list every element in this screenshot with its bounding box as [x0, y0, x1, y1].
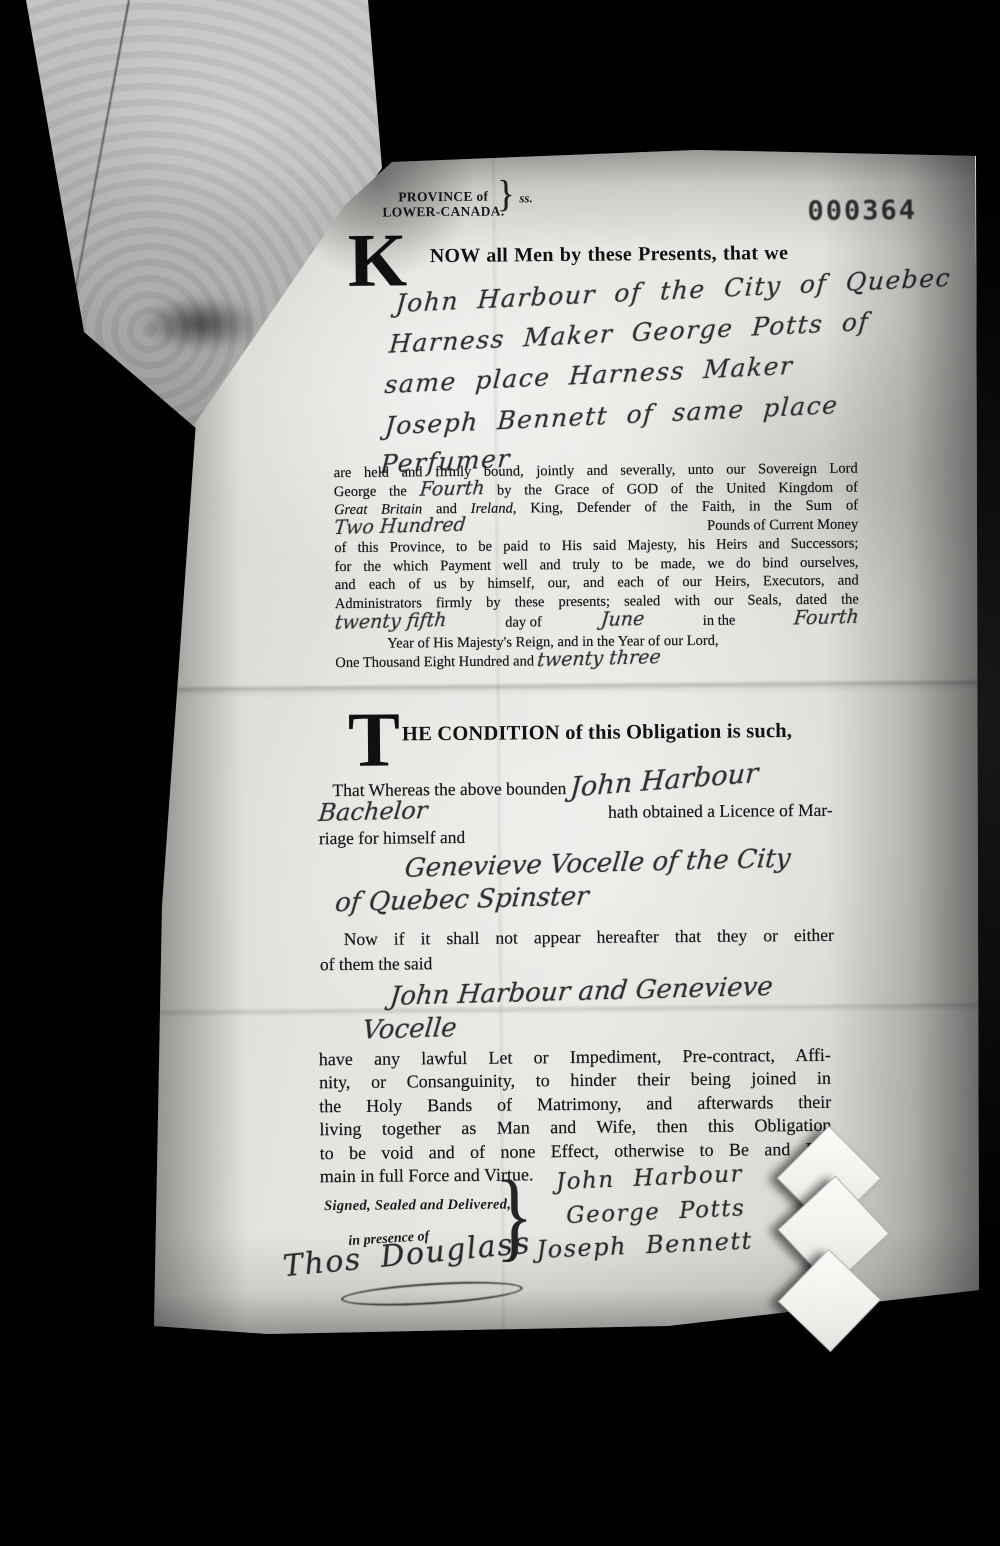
bond-paragraph: are held and firmly bound, jointly and s…: [334, 459, 860, 674]
printed-text: to be void and of none Effect, otherwise…: [320, 1138, 832, 1162]
printed-text: Now if it shall not appear hereafter tha…: [344, 925, 834, 949]
handwritten-text: Genevieve Vocelle of the City: [404, 849, 792, 879]
printed-text: have any lawful Let or Impediment, Pre-c…: [319, 1045, 831, 1069]
printed-text: by the Grace of GOD of the United Kingdo…: [484, 479, 858, 498]
printed-text: nity, or Consanguinity, to hinder their …: [319, 1068, 831, 1092]
text-line: to be void and of none Effect, otherwise…: [320, 1137, 832, 1165]
paper-fold-crease: [47, 0, 130, 435]
printed-text: That Whereas the above bounden: [332, 778, 570, 800]
obligors-handwritten-block: John Harbour of the City of QuebecHarnes…: [379, 271, 891, 480]
printed-text: day of: [505, 612, 542, 633]
printed-text: riage for himself and: [319, 827, 465, 848]
handwritten-text: twenty three: [537, 651, 662, 666]
text-line: Genevieve Vocelle of the City: [319, 846, 833, 886]
signature-flourish: [340, 1278, 523, 1310]
printed-text: One Thousand Eight Hundred and: [335, 654, 537, 672]
text-line: of Quebec Spinster: [319, 882, 833, 920]
printed-text: living together as Man and Wife, then th…: [319, 1115, 831, 1139]
signature-joseph-bennett: Joseph Bennett: [536, 1227, 753, 1264]
microfilm-photo: PROVINCE of LOWER-CANADA. } ss. 000364 K…: [0, 0, 1000, 1546]
handwritten-text: twenty fifth: [334, 614, 447, 629]
condition-heading: HE CONDITION of this Obligation is such,: [402, 720, 792, 746]
printed-text: , King, Defender of the Faith, in the Su…: [513, 498, 858, 517]
handwritten-text: Two Hundred: [333, 519, 466, 534]
printed-text: the Holy Bands of Matrimony, and afterwa…: [319, 1091, 831, 1115]
printed-text: George the: [334, 483, 420, 500]
printed-text: Administrators firmly by these presents;…: [335, 591, 859, 612]
handwritten-text: Vocelle: [362, 1018, 458, 1040]
text-line: Now if it shall not appear hereafter tha…: [320, 922, 834, 952]
handwritten-text: John Harbour: [570, 764, 759, 799]
printed-text: are held and firmly bound, jointly and s…: [334, 460, 858, 481]
printed-text: Ireland: [471, 501, 513, 517]
handwritten-text: June: [600, 613, 645, 626]
closing-paragraph: have any lawful Let or Impediment, Pre-c…: [319, 1044, 832, 1189]
attestation-signed-sealed-label: Signed, Sealed and Delivered,: [324, 1196, 511, 1215]
paper-smudge: [138, 296, 263, 351]
handwritten-text: of Quebec Spinster: [334, 887, 589, 914]
handwritten-text: Fourth: [419, 482, 485, 496]
ss-abbreviation: ss.: [519, 190, 533, 206]
printed-text: hath obtained a Licence of Mar-: [608, 798, 833, 824]
printed-text: of them the said: [320, 953, 432, 974]
condition-paragraph: That Whereas the above bounden John Harb…: [318, 774, 834, 1050]
text-line: John Harbour and Genevieve: [320, 974, 834, 1014]
header-brace: }: [497, 173, 515, 213]
handwritten-text: John Harbour and Genevieve: [389, 977, 774, 1007]
stamp-number: 000364: [807, 195, 917, 227]
printed-text: Pounds of Current Money: [707, 516, 858, 536]
opening-heading: NOW all Men by these Presents, that we: [430, 242, 788, 268]
handwritten-text: Fourth: [794, 610, 860, 624]
text-line: One Thousand Eight Hundred and twenty th…: [335, 649, 859, 675]
handwritten-text: Bachelor: [318, 800, 429, 823]
printed-text: in the: [703, 610, 736, 631]
printed-text: of this Province, to be paid to His said…: [334, 535, 858, 556]
dropcap-t: T: [348, 707, 401, 771]
signature-george-potts: George Potts: [566, 1195, 746, 1229]
